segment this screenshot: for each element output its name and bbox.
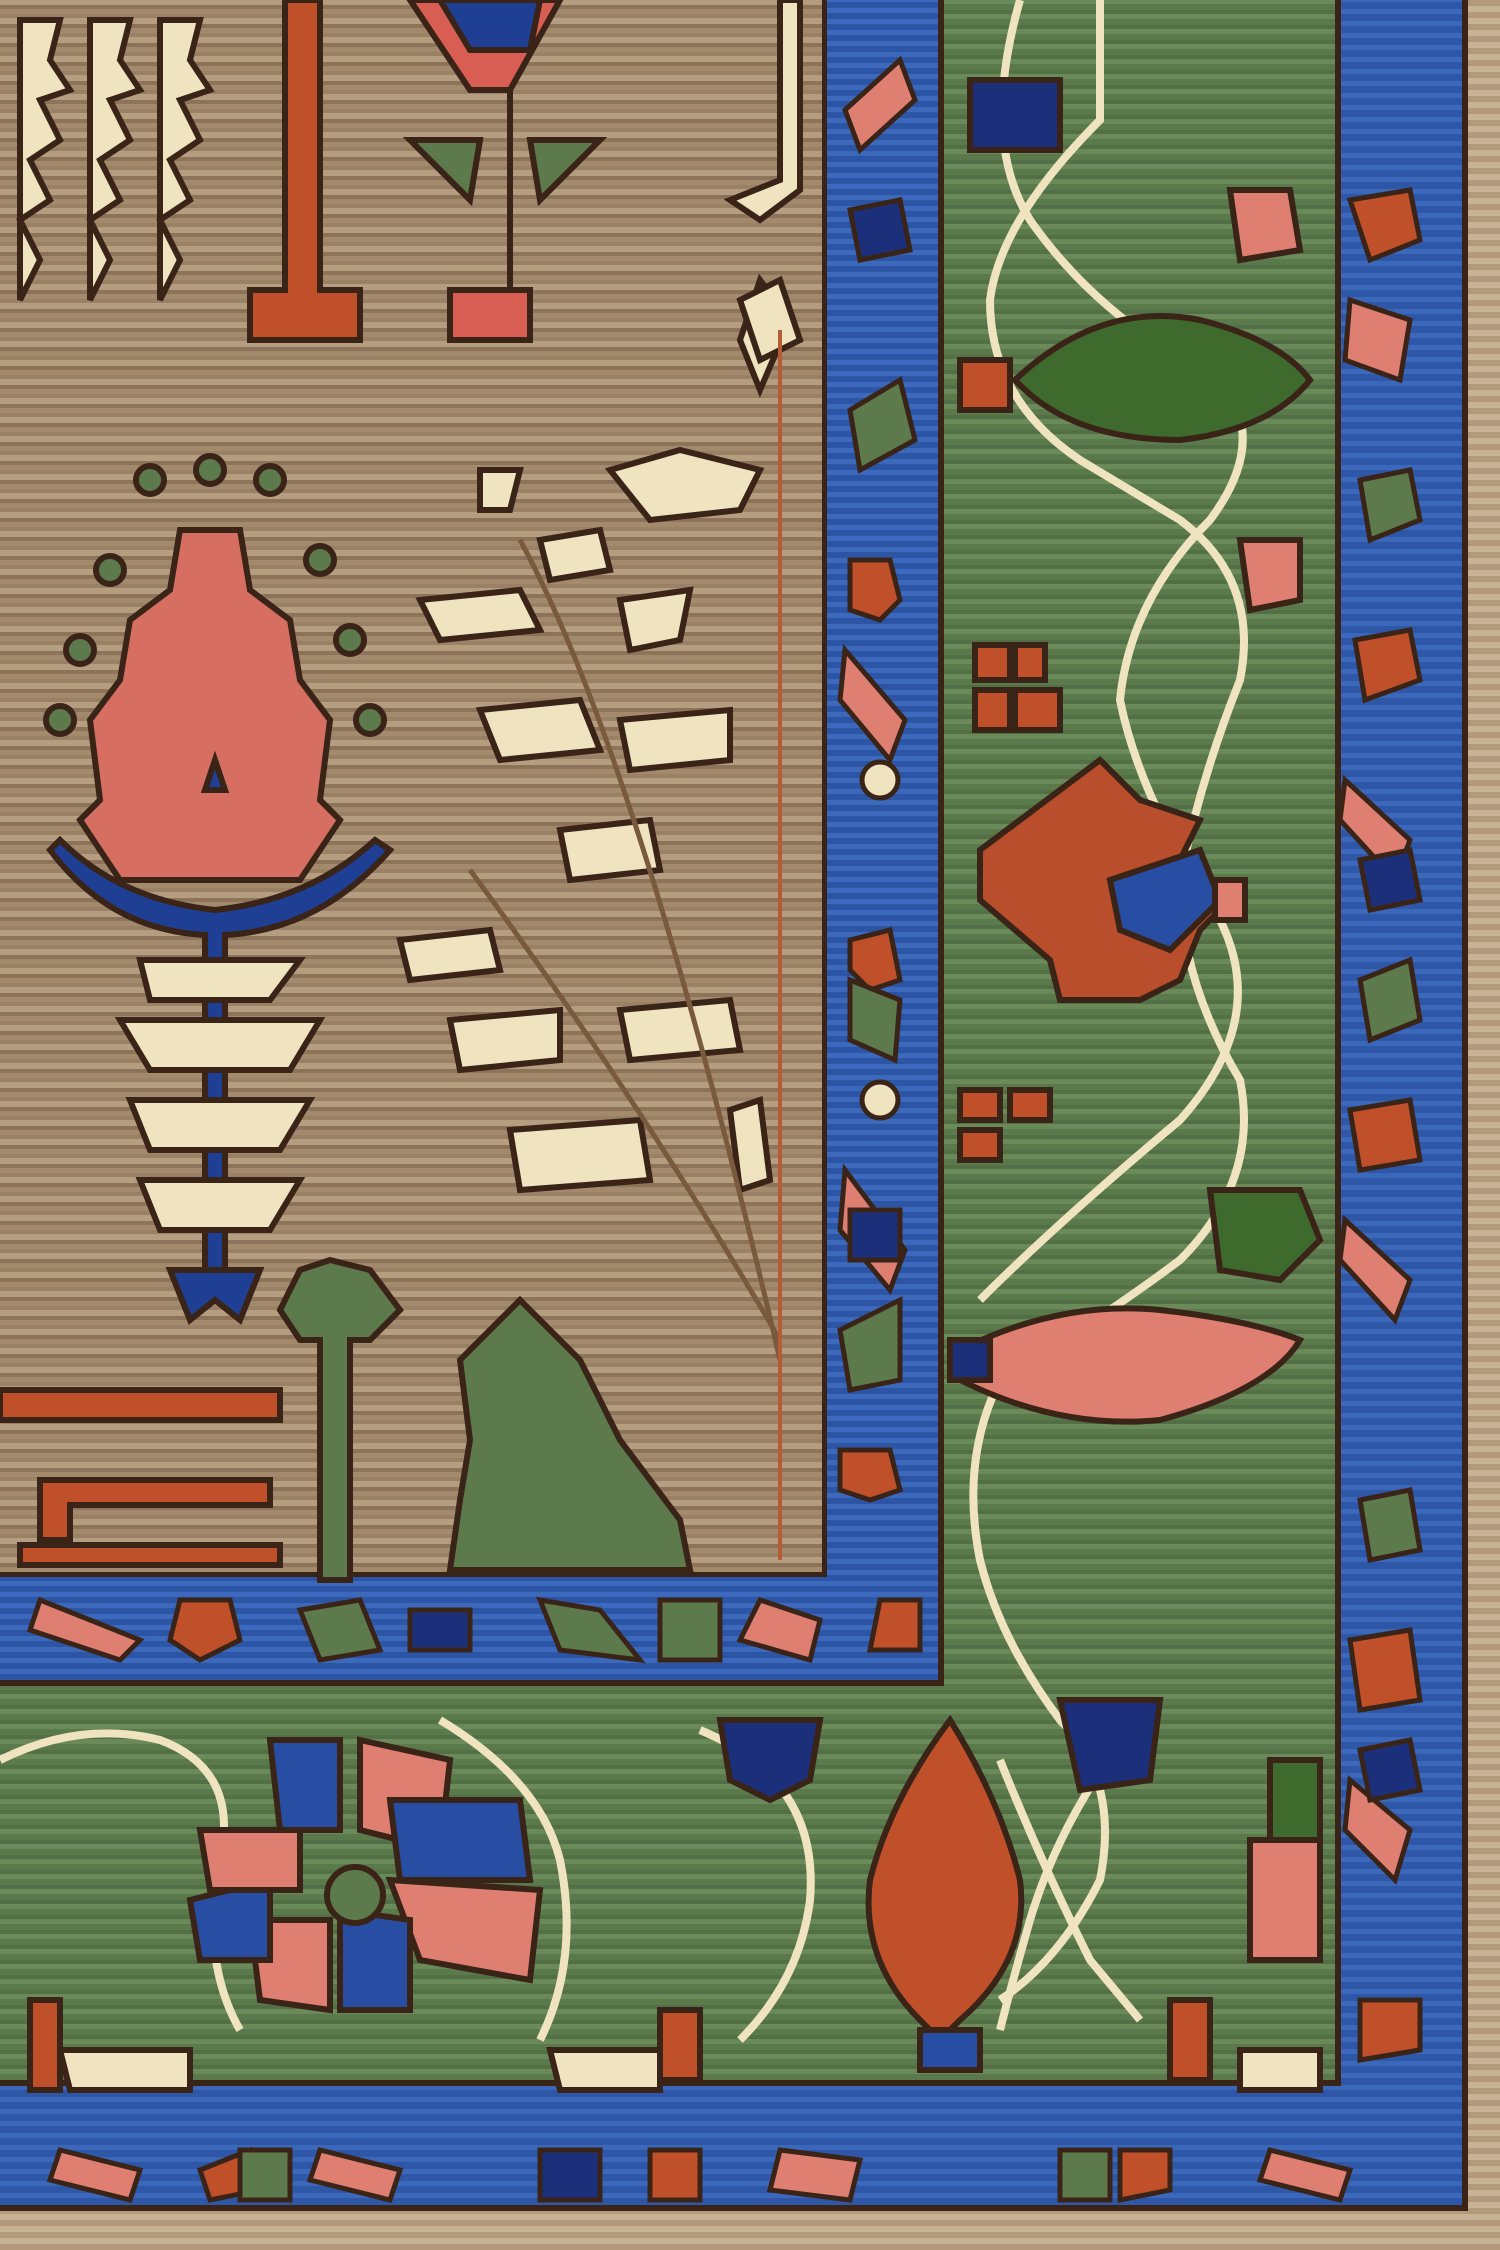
rug-motifs — [0, 0, 1500, 2250]
ivory-tree-motifs — [20, 20, 210, 300]
rosette-flower — [190, 1740, 540, 2010]
pink-tree-motif — [46, 456, 390, 1320]
